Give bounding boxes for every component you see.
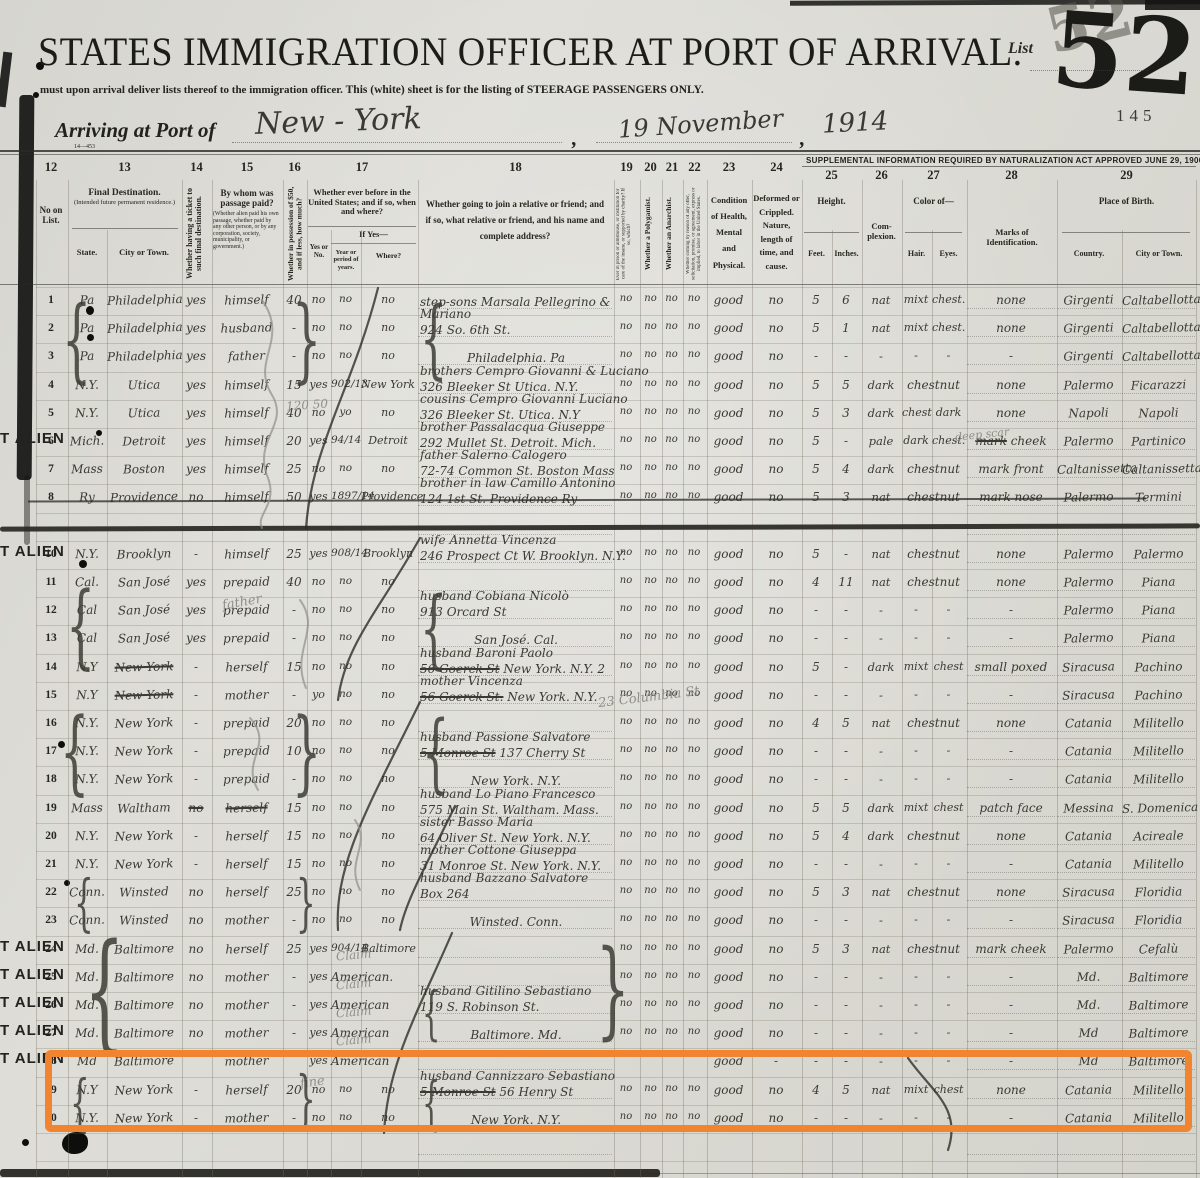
header-rule-1	[0, 150, 1200, 152]
cell-yr: no	[331, 462, 360, 474]
cell-marks: none	[967, 293, 1055, 307]
cell-paid: herself	[212, 884, 281, 900]
cell-def: no	[752, 349, 800, 363]
cell-q22: no	[683, 547, 705, 558]
cell-def: no	[752, 716, 800, 730]
cell-bt: Piana	[1122, 602, 1195, 618]
cell-health: good	[707, 885, 750, 899]
cell-ticket: no	[182, 998, 210, 1012]
cell-bt: Palermo	[1122, 546, 1195, 562]
cell-city: New York	[107, 828, 181, 844]
cell-bc: Napoli	[1057, 405, 1120, 421]
cell-q19: no	[614, 547, 638, 558]
cell-q21: no	[662, 1026, 681, 1037]
comma-2: ,	[800, 126, 805, 151]
grid-hline	[36, 795, 1196, 796]
cell-ft: 5	[802, 293, 830, 307]
cell-in: 5	[832, 801, 860, 815]
cell-wh: no	[361, 772, 415, 785]
cell-eyes: -	[932, 603, 965, 616]
cell-city: Philadelphia	[107, 348, 181, 364]
cell-bc: Palermo	[1057, 433, 1120, 449]
cell-q22: no	[683, 772, 705, 783]
col17-divider	[308, 226, 416, 227]
cell-wh: no	[361, 716, 415, 729]
col17-ifyes-label: If Yes—	[331, 230, 416, 240]
dotted-writing-line	[967, 844, 1055, 845]
cell-paid: himself	[212, 461, 281, 477]
cell-bt: S. Domenica	[1122, 800, 1195, 816]
cell-city: New York	[107, 771, 181, 787]
cell-bc: Md	[1057, 1025, 1120, 1041]
cell-bt: Caltabellotta	[1122, 320, 1195, 336]
grid-hline	[36, 710, 1196, 711]
cell-def: no	[752, 631, 800, 645]
col-header-17: Whether ever before in the United States…	[308, 188, 416, 217]
scan-edge-left2	[24, 475, 30, 545]
t-alien-stamp: T ALIEN	[0, 966, 65, 983]
cell-q19: no	[614, 857, 638, 868]
cell-bt: Baltimore	[1122, 1025, 1195, 1041]
cell-paid: himself	[212, 433, 281, 449]
col-header-21: Whether an Anarchist.	[665, 186, 679, 282]
cell-cx: nat	[862, 293, 900, 307]
cell-bc: Palermo	[1057, 574, 1120, 590]
cell-q19: no	[614, 744, 638, 755]
cell-q20: no	[640, 1026, 661, 1037]
grid-hline	[36, 625, 1196, 626]
cell-yr: no	[331, 349, 360, 361]
cell-q19: no	[614, 293, 638, 304]
cell-relative-name: mother Vincenza	[420, 674, 612, 688]
cell-def: no	[752, 378, 800, 392]
cell-paid: mother	[212, 969, 281, 985]
dotted-writing-line	[967, 900, 1055, 901]
cell-eyes: -	[932, 744, 965, 757]
dotted-writing-line	[1057, 985, 1195, 986]
cell-health: good	[707, 490, 750, 504]
dotted-writing-line	[1057, 1013, 1195, 1014]
dotted-writing-line	[967, 505, 1055, 506]
cell-ticket: no	[182, 942, 210, 956]
cell-marks: -	[967, 998, 1055, 1012]
cell-q22: no	[683, 406, 705, 417]
cell-hair: chestnut	[902, 462, 965, 476]
cell-bt: Cefalù	[1122, 941, 1195, 957]
cell-q20: no	[640, 716, 661, 727]
cell-marks: none	[967, 547, 1055, 561]
dotted-writing-line	[1057, 477, 1195, 478]
cell-eyes: -	[932, 998, 965, 1011]
cell-wh: no	[361, 631, 415, 644]
cell-q22: no	[683, 942, 705, 953]
cell-city: Boston	[107, 461, 181, 477]
col-number-16: 16	[283, 160, 306, 175]
col-number-19: 19	[614, 160, 639, 175]
form-subtitle: must upon arrival deliver lists thereof …	[40, 84, 704, 96]
cell-health: good	[707, 744, 750, 758]
col-number-15: 15	[212, 160, 282, 175]
cell-state: N.Y.	[68, 828, 106, 843]
cell-health: good	[707, 378, 750, 392]
cell-bt: Militello	[1122, 715, 1195, 731]
dotted-writing-line	[967, 534, 1055, 535]
cell-q22: no	[683, 998, 705, 1009]
cell-marks: -	[967, 744, 1055, 758]
cell-money: 25	[283, 942, 305, 956]
cell-city: New York	[107, 743, 181, 759]
grouping-brace: {	[420, 296, 447, 382]
cell-ft: -	[802, 857, 830, 871]
cell-in: 4	[832, 462, 860, 476]
col27-divider	[905, 232, 962, 233]
cell-def: no	[752, 998, 800, 1012]
cell-health: good	[707, 603, 750, 617]
col-header-23: Condition of Health, Mental and Physical…	[709, 192, 749, 273]
cell-q22: no	[683, 349, 705, 360]
cell-q22: no	[683, 660, 705, 671]
cell-hair: -	[902, 998, 930, 1011]
cell-q20: no	[640, 293, 661, 304]
grid-hline	[36, 654, 1196, 655]
cell-health: good	[707, 547, 750, 561]
cell-paid: husband	[212, 320, 281, 336]
cell-bc: Palermo	[1057, 546, 1120, 562]
dotted-writing-line	[967, 1041, 1055, 1042]
cell-in: 3	[832, 885, 860, 899]
cell-wh: no	[361, 885, 415, 898]
cell-hair: -	[902, 913, 930, 926]
cell-cx: -	[862, 772, 900, 786]
cell-ft: 5	[802, 434, 830, 448]
cell-wh: no	[361, 913, 415, 926]
cell-q22: no	[683, 575, 705, 586]
cell-relative-address: Baltimore. Md.	[420, 1028, 612, 1042]
dotted-writing-line	[1057, 872, 1195, 873]
cell-bt: Piana	[1122, 630, 1195, 646]
cell-q20: no	[640, 462, 661, 473]
col29-divider	[1062, 232, 1190, 233]
dotted-writing-line	[967, 562, 1055, 563]
dotted-writing-line	[967, 872, 1055, 873]
cell-def: no	[752, 603, 800, 617]
cell-in: 1	[832, 321, 860, 335]
cell-marks: -	[967, 603, 1055, 617]
col-number-26: 26	[862, 168, 901, 183]
cell-q20: no	[640, 321, 661, 332]
cell-ticket: -	[182, 660, 210, 674]
cell-q19: no	[614, 716, 638, 727]
cell-relative-name: cousins Cempro Giovanni Luciano	[420, 392, 612, 406]
cell-q22: no	[683, 829, 705, 840]
cell-wh: no	[361, 349, 415, 362]
cell-bc: Girgenti	[1057, 349, 1120, 365]
cell-q21: no	[662, 942, 681, 953]
grid-hline	[36, 569, 1196, 570]
cell-cx: dark	[862, 660, 900, 674]
cell-relative-name: brother Passalacqua Giuseppe	[420, 420, 612, 434]
cell-hair: -	[902, 603, 930, 616]
cell-yn: yes	[307, 1026, 330, 1039]
cell-health: good	[707, 688, 750, 702]
cell-bc: Catania	[1057, 715, 1120, 731]
cell-paid: prepaid	[212, 771, 281, 787]
cell-paid: himself	[212, 546, 281, 562]
col15-title: By whom was passage paid?	[213, 188, 281, 208]
cell-bc: Girgenti	[1057, 292, 1120, 308]
cell-eyes: chest	[932, 660, 965, 673]
cell-q21: no	[662, 744, 681, 755]
dotted-writing-line	[1057, 731, 1195, 732]
cell-wh: Brooklyn	[361, 547, 415, 560]
cell-cx: dark	[862, 829, 900, 843]
dotted-writing-line	[1057, 759, 1195, 760]
cell-hair: mixt	[902, 660, 930, 673]
col-number-22: 22	[683, 160, 706, 175]
cell-ft: -	[802, 603, 830, 617]
cell-marks: none	[967, 321, 1055, 335]
cell-yn: no	[307, 829, 330, 842]
cell-def: no	[752, 406, 800, 420]
dotted-writing-line	[967, 1154, 1055, 1155]
dotted-writing-line	[967, 477, 1055, 478]
cell-ft: 4	[802, 575, 830, 589]
cell-cx: dark	[862, 406, 900, 420]
port-underline	[232, 142, 562, 143]
cell-city: New York	[107, 687, 181, 703]
cell-state: N.Y.	[68, 405, 106, 420]
cell-wh: no	[361, 660, 415, 673]
cell-ticket: yes	[182, 434, 210, 448]
cell-q22: no	[683, 970, 705, 981]
grid-hline	[36, 315, 1196, 316]
col-number-24: 24	[752, 160, 801, 175]
cell-yr: no	[331, 716, 360, 728]
cell-paid: mother	[212, 1025, 281, 1041]
grid-hline	[36, 879, 1196, 880]
cell-bt: Baltimore	[1122, 997, 1195, 1013]
cell-relative-address: Winsted. Conn.	[420, 915, 612, 929]
pencil-annotation: Claim	[335, 1003, 371, 1020]
cell-q22: no	[683, 378, 705, 389]
grouping-brace: {	[66, 580, 95, 672]
cell-hair: -	[902, 744, 930, 757]
cell-in: -	[832, 631, 860, 645]
cell-relative-address: 56 Goerck St. New York. N.Y.	[420, 690, 612, 704]
banner-underline	[802, 166, 1196, 167]
cell-in: -	[832, 547, 860, 561]
row-number: 7	[36, 463, 66, 475]
cell-bc: Siracusa	[1057, 884, 1120, 900]
cell-bc: Siracusa	[1057, 659, 1120, 675]
cell-ticket: no	[182, 801, 210, 815]
col-number-20: 20	[640, 160, 661, 175]
cell-q21: no	[662, 349, 681, 360]
cell-q21: no	[662, 970, 681, 981]
cell-q20: no	[640, 660, 661, 671]
row-number: 22	[36, 886, 66, 898]
grid-hline	[36, 738, 1196, 739]
cell-hair: -	[902, 688, 930, 701]
cell-eyes: chest.	[932, 321, 965, 334]
cell-yn: yes	[307, 970, 330, 983]
cell-def: no	[752, 857, 800, 871]
cell-relative-name: brother in law Camillo Antonino	[420, 476, 612, 490]
cell-ticket: -	[182, 547, 210, 561]
cell-ticket: no	[182, 913, 210, 927]
cell-hair: chestnut	[902, 575, 965, 589]
cell-in: 5	[832, 716, 860, 730]
cell-hair: mixt	[902, 321, 930, 334]
cell-ft: 5	[802, 801, 830, 815]
cell-city: San José	[107, 630, 181, 646]
cell-eyes: -	[932, 1026, 965, 1039]
cell-cx: -	[862, 688, 900, 702]
cell-bt: Napoli	[1122, 405, 1195, 421]
cell-money: 20	[283, 434, 305, 448]
cell-marks: none	[967, 406, 1055, 420]
cell-in: -	[832, 1026, 860, 1040]
cell-city: Philadelphia	[107, 292, 181, 308]
cell-q20: no	[640, 829, 661, 840]
col-header-14: Whether having a ticket to such final de…	[186, 186, 208, 282]
cell-q21: no	[662, 829, 681, 840]
col-number-21: 21	[662, 160, 682, 175]
cell-def: no	[752, 744, 800, 758]
cell-yr: no	[331, 829, 360, 841]
cell-cx: -	[862, 913, 900, 927]
cell-money: -	[283, 1026, 305, 1040]
cell-cx: -	[862, 998, 900, 1012]
cell-ticket: -	[182, 772, 210, 786]
cell-q20: no	[640, 603, 661, 614]
cell-hair: dark	[902, 434, 930, 447]
cell-city: Detroit	[107, 433, 181, 449]
col25-inches-label: Inches.	[832, 250, 861, 259]
cell-ticket: yes	[182, 349, 210, 363]
cell-health: good	[707, 660, 750, 674]
cell-in: 3	[832, 942, 860, 956]
cell-health: good	[707, 575, 750, 589]
cell-in: 3	[832, 406, 860, 420]
cell-q21: no	[662, 772, 681, 783]
cell-q19: no	[614, 631, 638, 642]
cell-yr: no	[331, 321, 360, 333]
row-number: 5	[36, 407, 66, 419]
cell-q22: no	[683, 434, 705, 445]
cell-ticket: yes	[182, 378, 210, 392]
cell-bc: Siracusa	[1057, 687, 1120, 703]
dotted-writing-line	[967, 703, 1055, 704]
cell-marks: -	[967, 970, 1055, 984]
cell-ft: 5	[802, 378, 830, 392]
cell-yn: no	[307, 603, 330, 616]
cell-state: Ry	[68, 490, 106, 505]
cell-q21: no	[662, 321, 681, 332]
dotted-writing-line	[1057, 900, 1195, 901]
cell-marks: -	[967, 631, 1055, 645]
cell-ft: 5	[802, 406, 830, 420]
row9-heavy-strike-line	[0, 523, 1200, 531]
cell-paid: mother	[212, 687, 281, 703]
cell-ticket: -	[182, 744, 210, 758]
cell-q19: no	[614, 462, 638, 473]
cell-bc: Catania	[1057, 856, 1120, 872]
cell-q22: no	[683, 462, 705, 473]
cell-q21: no	[662, 547, 681, 558]
cell-q19: no	[614, 349, 638, 360]
cell-q21: no	[662, 716, 681, 727]
cell-eyes: -	[932, 631, 965, 644]
cell-q19: no	[614, 772, 638, 783]
cell-city: Brooklyn	[107, 546, 181, 562]
cell-q20: no	[640, 406, 661, 417]
cell-state: Mich.	[68, 434, 106, 449]
cell-in: -	[832, 744, 860, 758]
cell-q21: no	[662, 885, 681, 896]
cell-q20: no	[640, 772, 661, 783]
cell-hair: -	[902, 857, 930, 870]
cell-q21: no	[662, 857, 681, 868]
cell-cx: nat	[862, 321, 900, 335]
cell-money: 25	[283, 462, 305, 476]
cell-health: good	[707, 434, 750, 448]
cell-in: 4	[832, 829, 860, 843]
cell-money: 50	[283, 490, 305, 504]
pencil-annotation: 120 50	[286, 397, 329, 414]
cell-hair: chestnut	[902, 942, 965, 956]
cell-relative-name: husband Baroni Paolo	[420, 646, 612, 660]
struck-address: 56 Goerck St.	[420, 690, 503, 704]
cell-yr: no	[331, 885, 360, 897]
cell-q19: no	[614, 801, 638, 812]
cell-q20: no	[640, 744, 661, 755]
cell-yr: 902/13	[331, 378, 360, 390]
cell-wh: no	[361, 688, 415, 701]
cell-yn: yes	[307, 942, 330, 955]
cell-health: good	[707, 801, 750, 815]
cell-cx: -	[862, 349, 900, 363]
cell-relative-name: brothers Cempro Giovanni & Luciano	[420, 364, 612, 378]
cell-ft: -	[802, 631, 830, 645]
cell-yr: no	[331, 772, 360, 784]
cell-ticket: yes	[182, 406, 210, 420]
scan-edge-bottom2	[640, 1173, 1200, 1174]
cell-def: no	[752, 660, 800, 674]
cell-in: 5	[832, 378, 860, 392]
grid-hline	[36, 513, 1196, 514]
cell-ticket: yes	[182, 293, 210, 307]
cell-paid: father	[212, 348, 281, 364]
cell-in: -	[832, 603, 860, 617]
dotted-writing-line	[1057, 1041, 1195, 1042]
cell-q19: no	[614, 660, 638, 671]
cell-ft: -	[802, 1026, 830, 1040]
grouping-brace: {	[422, 710, 449, 796]
cell-city: San José	[107, 602, 181, 618]
col-number-27: 27	[902, 168, 965, 183]
cell-eyes: -	[932, 772, 965, 785]
cell-ticket: no	[182, 490, 210, 504]
col-number-17: 17	[307, 160, 417, 175]
cell-money: -	[283, 970, 305, 984]
cell-hair: -	[902, 772, 930, 785]
dotted-writing-line	[967, 618, 1055, 619]
cell-ticket: no	[182, 970, 210, 984]
cell-cx: pale	[862, 434, 900, 448]
dotted-writing-line	[967, 731, 1055, 732]
cell-wh: Detroit	[361, 434, 415, 447]
